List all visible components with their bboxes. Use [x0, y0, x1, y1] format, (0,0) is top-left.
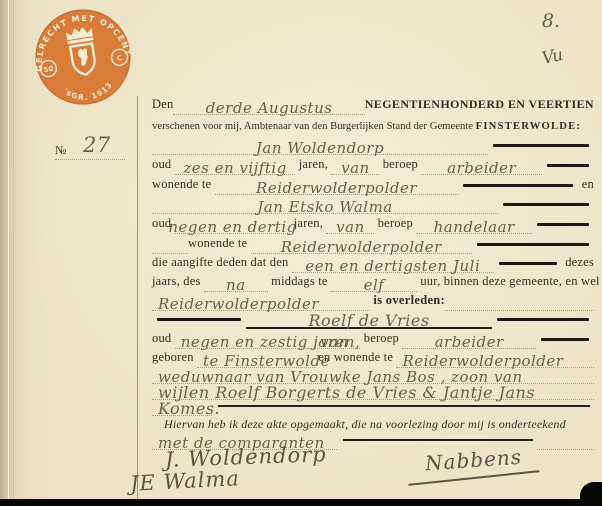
leader-dots — [445, 295, 594, 311]
death-date-field: een en dertigsten Juli — [292, 257, 494, 273]
label-beroep: beroep — [374, 216, 416, 231]
line-appeared: verschenen voor mij, Ambtenaar van den B… — [152, 120, 581, 138]
deceased-age-field: negen en zestig jaren, — [175, 333, 309, 349]
label-geboren: geboren — [152, 350, 197, 365]
declarant2-van-field: van — [326, 218, 374, 234]
daypart: na — [226, 276, 246, 294]
declarant1-van-field: van — [331, 159, 379, 175]
page-number: 8. — [542, 10, 560, 32]
line-declarant1-name: Jan Woldendorp — [152, 137, 594, 155]
deceased-van-field: van — [308, 333, 360, 349]
declarant2-name: Jan Etsko Walma — [257, 198, 392, 216]
line-date: Den derde Augustus NEGENTIENHONDERD EN V… — [152, 97, 594, 115]
declarant1-residence-field: Reiderwolderpolder — [215, 179, 459, 195]
label-is-overleden: is overleden: — [370, 293, 445, 308]
date-field: derde Augustus — [173, 99, 364, 115]
declarant2-van: van — [336, 218, 365, 236]
death-hour: elf — [364, 276, 385, 294]
declarant2-residence: Reiderwolderpolder — [281, 238, 442, 256]
line-declarant1-residence: wonende te Reiderwolderpolder en — [152, 177, 594, 195]
act-number-field: № 27 — [55, 141, 125, 160]
leader-dots — [152, 238, 188, 254]
label-oud: oud — [152, 331, 175, 346]
filler-dash — [497, 318, 589, 321]
family-field-3: Komes. — [152, 400, 212, 416]
deceased-name: Roelf de Vries — [308, 311, 429, 330]
year-printed: NEGENTIENHONDERD EN VEERTIEN — [365, 97, 594, 112]
death-place-field: Reiderwolderpolder — [152, 295, 370, 311]
label-oud: oud — [152, 157, 175, 172]
filler-dash — [493, 144, 589, 147]
stamp-value-right: C — [116, 54, 122, 63]
family-text-3: Komes. — [158, 399, 220, 418]
filler-dash — [541, 338, 589, 341]
binding-crease — [8, 0, 9, 506]
filler-dash — [537, 223, 589, 226]
revenue-stamp-graphic: ZEGELRECHT MET OPCENTEN 'sGR. 1913 50 C — [26, 0, 140, 114]
hour-field: elf — [331, 276, 417, 292]
deceased-name-field: Roelf de Vries — [246, 312, 492, 329]
scan-bottom-edge — [0, 499, 602, 506]
label-dezes: dezes — [562, 255, 594, 270]
closing-printed: Hiervan heb ik deze akte opgemaakt, die … — [164, 417, 566, 432]
declarant1-profession-field: arbeider — [421, 159, 542, 175]
declarant1-name: Jan Woldendorp — [256, 139, 384, 157]
filler-dash — [463, 184, 573, 187]
act-number-label: № — [55, 143, 66, 157]
line-declarant2-residence: wonende te Reiderwolderpolder — [152, 236, 594, 254]
label-beroep: beroep — [379, 157, 421, 172]
line-death-date: die aangifte deden dat den een en dertig… — [152, 255, 594, 273]
death-certificate-scan: ZEGELRECHT MET OPCENTEN 'sGR. 1913 50 C … — [0, 0, 602, 506]
deceased-profession-field: arbeider — [402, 333, 536, 349]
binding-crease — [13, 0, 14, 506]
declarant1-age: zes en vijftig — [183, 159, 286, 177]
line-family-3: Komes. — [152, 398, 594, 416]
label-aangifte: die aangifte deden dat den — [152, 255, 292, 270]
death-date: een en dertigsten Juli — [305, 257, 480, 275]
declarant1-age-field: zes en vijftig — [175, 159, 296, 175]
declarant1-name-field: Jan Woldendorp — [152, 139, 488, 155]
line-declarant2-name: Jan Etsko Walma — [152, 196, 594, 214]
declarant1-residence: Reiderwolderpolder — [256, 179, 417, 197]
appeared-text: verschenen voor mij, Ambtenaar van den B… — [152, 120, 476, 132]
declarant2-age-field: negen en dertig — [175, 218, 291, 234]
label-wonende-te: wonende te — [152, 177, 215, 192]
declarant2-profession-field: handelaar — [416, 218, 532, 234]
label-den: Den — [152, 97, 173, 112]
filler-dash — [477, 243, 589, 246]
date-handwritten: derde Augustus — [206, 99, 333, 117]
declarant2-name-field: Jan Etsko Walma — [152, 198, 498, 214]
declarant1-van: van — [341, 159, 370, 177]
label-wonende-te: wonende te — [188, 236, 251, 251]
declarant1-profession: arbeider — [447, 159, 516, 177]
line-death-place: Reiderwolderpolder is overleden: — [152, 293, 594, 311]
filler-line — [343, 439, 533, 441]
signature-declarant1: J. Woldendorp — [165, 442, 327, 472]
scan-corner — [580, 482, 602, 506]
gemeente-name: FINSTERWOLDE: — [476, 120, 581, 132]
filler-dash — [503, 203, 589, 206]
filler-dash — [157, 318, 241, 321]
label-uur-rest: uur, binnen deze gemeente, en wel te — [417, 274, 602, 289]
stamp-value-left: 50 — [43, 65, 54, 74]
filler-dash — [547, 164, 589, 167]
declarant2-age: negen en dertig — [168, 218, 296, 236]
deceased-van: van — [320, 333, 349, 351]
filler-dash — [499, 262, 557, 265]
leader-dots — [537, 434, 594, 450]
label-middags-te: middags te — [268, 274, 331, 289]
deceased-profession: arbeider — [435, 333, 504, 351]
label-jaars-des: jaars, des — [152, 274, 204, 289]
line-deceased-age: oud negen en zestig jaren, van beroep ar… — [152, 331, 594, 349]
declarant2-profession: handelaar — [434, 218, 515, 236]
line-declarant2-age: oud negen en dertig jaren, van beroep ha… — [152, 216, 594, 234]
revenue-stamp: ZEGELRECHT MET OPCENTEN 'sGR. 1913 50 C — [26, 0, 140, 114]
label-beroep: beroep — [360, 331, 402, 346]
declarant2-residence-field: Reiderwolderpolder — [251, 238, 472, 254]
daypart-field: na — [204, 276, 268, 292]
form-left-rule — [137, 96, 138, 499]
label-jaren: jaren, — [295, 157, 331, 172]
label-en: en — [578, 177, 594, 192]
signature-declarant2: JE Walma — [129, 466, 240, 496]
clerk-initials: Vu — [540, 45, 564, 69]
line-deceased-name: Roelf de Vries — [152, 311, 594, 329]
act-number-value: 27 — [83, 133, 111, 157]
filler-line — [218, 405, 590, 407]
line-death-hour: jaars, des na middags te elf uur, binnen… — [152, 274, 594, 292]
line-declarant1-age: oud zes en vijftig jaren, van beroep arb… — [152, 157, 594, 175]
